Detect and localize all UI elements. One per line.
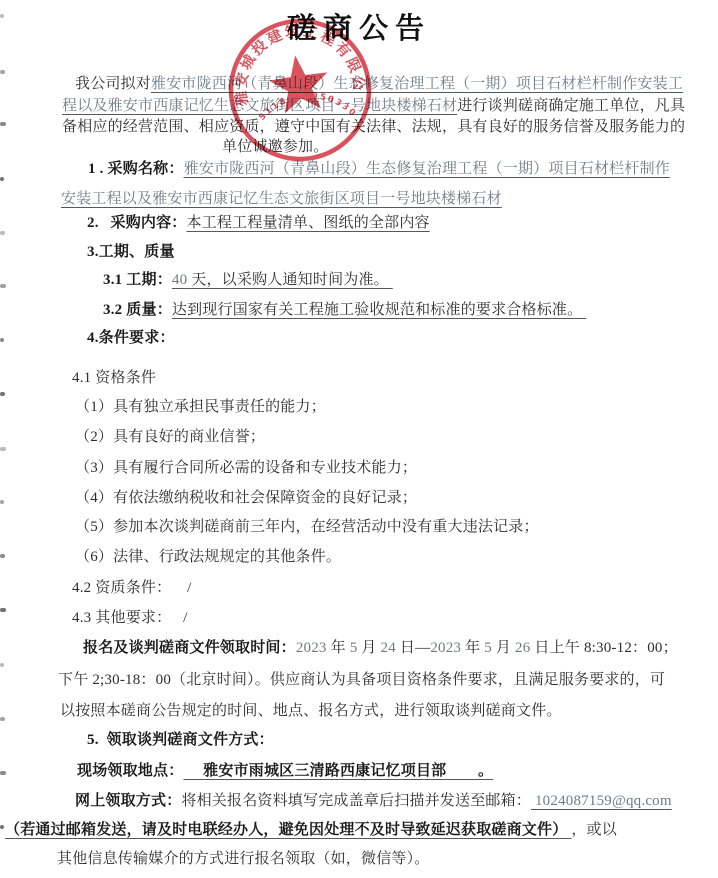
intro-line-4: 单位诚邀参加。 xyxy=(222,137,328,157)
text-segment: 以按照本磋商公告规定的时间、地点、报名方式，进行领取谈判磋商文件。 xyxy=(60,703,562,719)
text-segment: 安装工程以及雅安市西康记忆生态文旅街区项目一号地块楼梯石材 xyxy=(61,191,502,207)
scan-speck xyxy=(0,447,6,451)
text-segment: （1）具有独立承担民事责任的能力； xyxy=(75,399,326,415)
item-4-3-other: 4.3 其他要求： / xyxy=(72,608,188,628)
item-4-1-heading: 4.1 资格条件 xyxy=(72,368,156,388)
text-segment: （4）有依法缴纳税收和社会保障资金的良好记录； xyxy=(75,490,417,506)
text-segment: 4.1 资格条件 xyxy=(72,370,156,386)
text-segment: 网上领取方式： xyxy=(75,793,181,809)
text-segment: （3）具有履行合同所必需的设备和专业技术能力； xyxy=(75,460,417,476)
scan-speck xyxy=(0,14,4,18)
text-segment: 4.2 资质条件： / xyxy=(72,580,191,596)
item-5-heading: 5. 领取谈判磋商文件方式： xyxy=(87,730,274,750)
text-segment: 报名及谈判磋商文件领取时间： xyxy=(83,640,296,656)
scan-speck xyxy=(0,122,6,126)
condition-1: （1）具有独立承担民事责任的能力； xyxy=(75,397,326,417)
text-segment: 1 . 采购名称： xyxy=(88,161,184,177)
text-segment: 日— xyxy=(396,640,430,656)
text-segment: 3.工期、质量 xyxy=(87,244,175,260)
scan-speck xyxy=(0,392,5,396)
item-2-content: 2. 采购内容：本工程工程量清单、图纸的全部内容 xyxy=(87,213,430,233)
text-segment: 达到现行国家有关工程施工验收规范和标准的要求合格标准。 xyxy=(172,302,586,318)
scan-speck xyxy=(0,717,5,721)
scan-speck xyxy=(0,284,6,288)
text-segment: 3.1 工期： xyxy=(103,272,172,288)
page-title: 磋商公告 xyxy=(0,12,718,46)
condition-2: （2）具有良好的商业信誉； xyxy=(75,427,265,447)
text-segment: 进行谈判磋商确定施工单位，凡具 xyxy=(457,98,685,114)
text-segment: 2023 xyxy=(296,640,327,656)
text-segment: 天，以采购人通知时间为准。 xyxy=(191,272,393,288)
scan-speck xyxy=(0,338,4,342)
text-segment: 雅安市雨城区三清路西康记忆项目部 。 xyxy=(183,763,493,779)
scan-speck xyxy=(0,231,5,235)
condition-3: （3）具有履行合同所必需的设备和专业技术能力； xyxy=(75,458,417,478)
text-segment: 年 xyxy=(461,640,484,656)
scan-speck xyxy=(0,663,4,667)
text-segment: 月 xyxy=(492,640,515,656)
scan-speck xyxy=(0,771,6,775)
online-pickup-method: 网上领取方式：将相关报名资料填写完成盖章后扫描并发送至邮箱： 102408715… xyxy=(75,791,672,811)
text-segment: ，或以 xyxy=(571,822,617,838)
text-segment: 雅安市陇西河（青鼻山段）生态修复治理工程（一期）项目石材栏杆制作安装工 xyxy=(151,76,683,92)
intro-line-1: 我公司拟对雅安市陇西河（青鼻山段）生态修复治理工程（一期）项目石材栏杆制作安装工 xyxy=(75,74,683,94)
text-segment: 程以及雅安市西康记忆生态文旅街区项目一号地块楼梯石材 xyxy=(62,98,457,114)
text-segment: 月 xyxy=(357,640,380,656)
text-segment: 日上午 8:30-12：00； xyxy=(530,640,677,656)
pickup-time-line-3: 以按照本磋商公告规定的时间、地点、报名方式，进行领取谈判磋商文件。 xyxy=(60,701,562,721)
pickup-time-line-2: 下午 2;30-18：00（北京时间）。供应商认为具备项目资格条件要求，且满足服… xyxy=(58,670,665,690)
item-1-name-line-1: 1 . 采购名称：雅安市陇西河（青鼻山段）生态修复治理工程（一期）项目石材栏杆制… xyxy=(88,159,670,179)
text-segment: 现场领取地点： xyxy=(77,763,183,779)
text-segment: 本工程工程量清单、图纸的全部内容 xyxy=(187,215,430,231)
text-segment: （5）参加本次谈判磋商前三年内，在经营活动中没有重大违法记录； xyxy=(75,519,539,535)
text-segment: 备相应的经营范围、相应资质，遵守中国有关法律、法规，具有良好的服务信誉及服务能力… xyxy=(62,119,685,135)
text-segment: 26 xyxy=(515,640,530,656)
text-segment: （2）具有良好的商业信誉； xyxy=(75,429,265,445)
text-segment: 5 xyxy=(484,640,492,656)
text-segment: 将相关报名资料填写完成盖章后扫描并发送至邮箱： xyxy=(181,793,531,809)
text-segment: 雅安市陇西河（青鼻山段）生态修复治理工程（一期）项目石材栏杆制作 xyxy=(184,161,670,177)
online-pickup-tail: 其他信息传输媒介的方式进行报名领取（如，微信等）。 xyxy=(57,849,430,869)
item-3-2-quality: 3.2 质量：达到现行国家有关工程施工验收规范和标准的要求合格标准。 xyxy=(103,300,586,320)
text-segment: （若通过邮箱发送，请及时电联经办人，避免因处理不及时导致延迟获取磋商文件） xyxy=(5,822,571,838)
text-segment: 24 xyxy=(381,640,396,656)
text-segment: 年 xyxy=(327,640,350,656)
condition-5: （5）参加本次谈判磋商前三年内，在经营活动中没有重大违法记录； xyxy=(75,517,539,537)
text-segment: （6）法律、行政法规规定的其他条件。 xyxy=(75,549,341,565)
text-segment: 4.3 其他要求： / xyxy=(72,610,188,626)
text-segment: 其他信息传输媒介的方式进行报名领取（如，微信等）。 xyxy=(57,851,430,867)
pickup-time-line-1: 报名及谈判磋商文件领取时间：2023 年 5 月 24 日—2023 年 5 月… xyxy=(83,638,678,658)
text-segment: 40 xyxy=(172,272,191,288)
item-1-name-line-2: 安装工程以及雅安市西康记忆生态文旅街区项目一号地块楼梯石材 xyxy=(61,189,502,209)
text-segment: 3.2 质量： xyxy=(103,302,172,318)
scan-speck xyxy=(0,554,5,558)
item-4-heading: 4.条件要求： xyxy=(87,328,175,348)
item-4-2-qualification: 4.2 资质条件： / xyxy=(72,578,191,598)
text-segment: 5. 领取谈判磋商文件方式： xyxy=(87,732,274,748)
text-segment: 下午 2;30-18：00（北京时间）。供应商认为具备项目资格条件要求，且满足服… xyxy=(58,672,665,688)
item-3-heading: 3.工期、质量 xyxy=(87,242,175,262)
scanned-document-page: 磋商公告 我公司拟对雅安市陇西河（青鼻山段）生态修复治理工程（一期）项目石材栏杆… xyxy=(0,0,718,878)
scan-speck xyxy=(0,825,4,829)
scan-speck xyxy=(0,500,4,504)
text-segment: 4.条件要求： xyxy=(87,330,175,346)
text-segment: 1024087159@qq.com xyxy=(531,793,672,809)
scan-speck xyxy=(0,177,4,181)
intro-line-2: 程以及雅安市西康记忆生态文旅街区项目一号地块楼梯石材进行谈判磋商确定施工单位，凡… xyxy=(62,96,685,116)
scan-speck xyxy=(0,608,6,612)
text-segment: 单位诚邀参加。 xyxy=(222,139,328,155)
online-pickup-note: （若通过邮箱发送，请及时电联经办人，避免因处理不及时导致延迟获取磋商文件） ，或… xyxy=(5,820,617,840)
text-segment: 2023 xyxy=(430,640,461,656)
scan-speck xyxy=(0,70,5,74)
text-segment: 2. 采购内容： xyxy=(87,215,187,231)
condition-6: （6）法律、行政法规规定的其他条件。 xyxy=(75,547,341,567)
text-segment: 我公司拟对 xyxy=(75,76,151,92)
intro-line-3: 备相应的经营范围、相应资质，遵守中国有关法律、法规，具有良好的服务信誉及服务能力… xyxy=(62,117,685,137)
condition-4: （4）有依法缴纳税收和社会保障资金的良好记录； xyxy=(75,488,417,508)
onsite-pickup-location: 现场领取地点： 雅安市雨城区三清路西康记忆项目部 。 xyxy=(77,761,493,781)
item-3-1-duration: 3.1 工期：40 天，以采购人通知时间为准。 xyxy=(103,270,393,290)
